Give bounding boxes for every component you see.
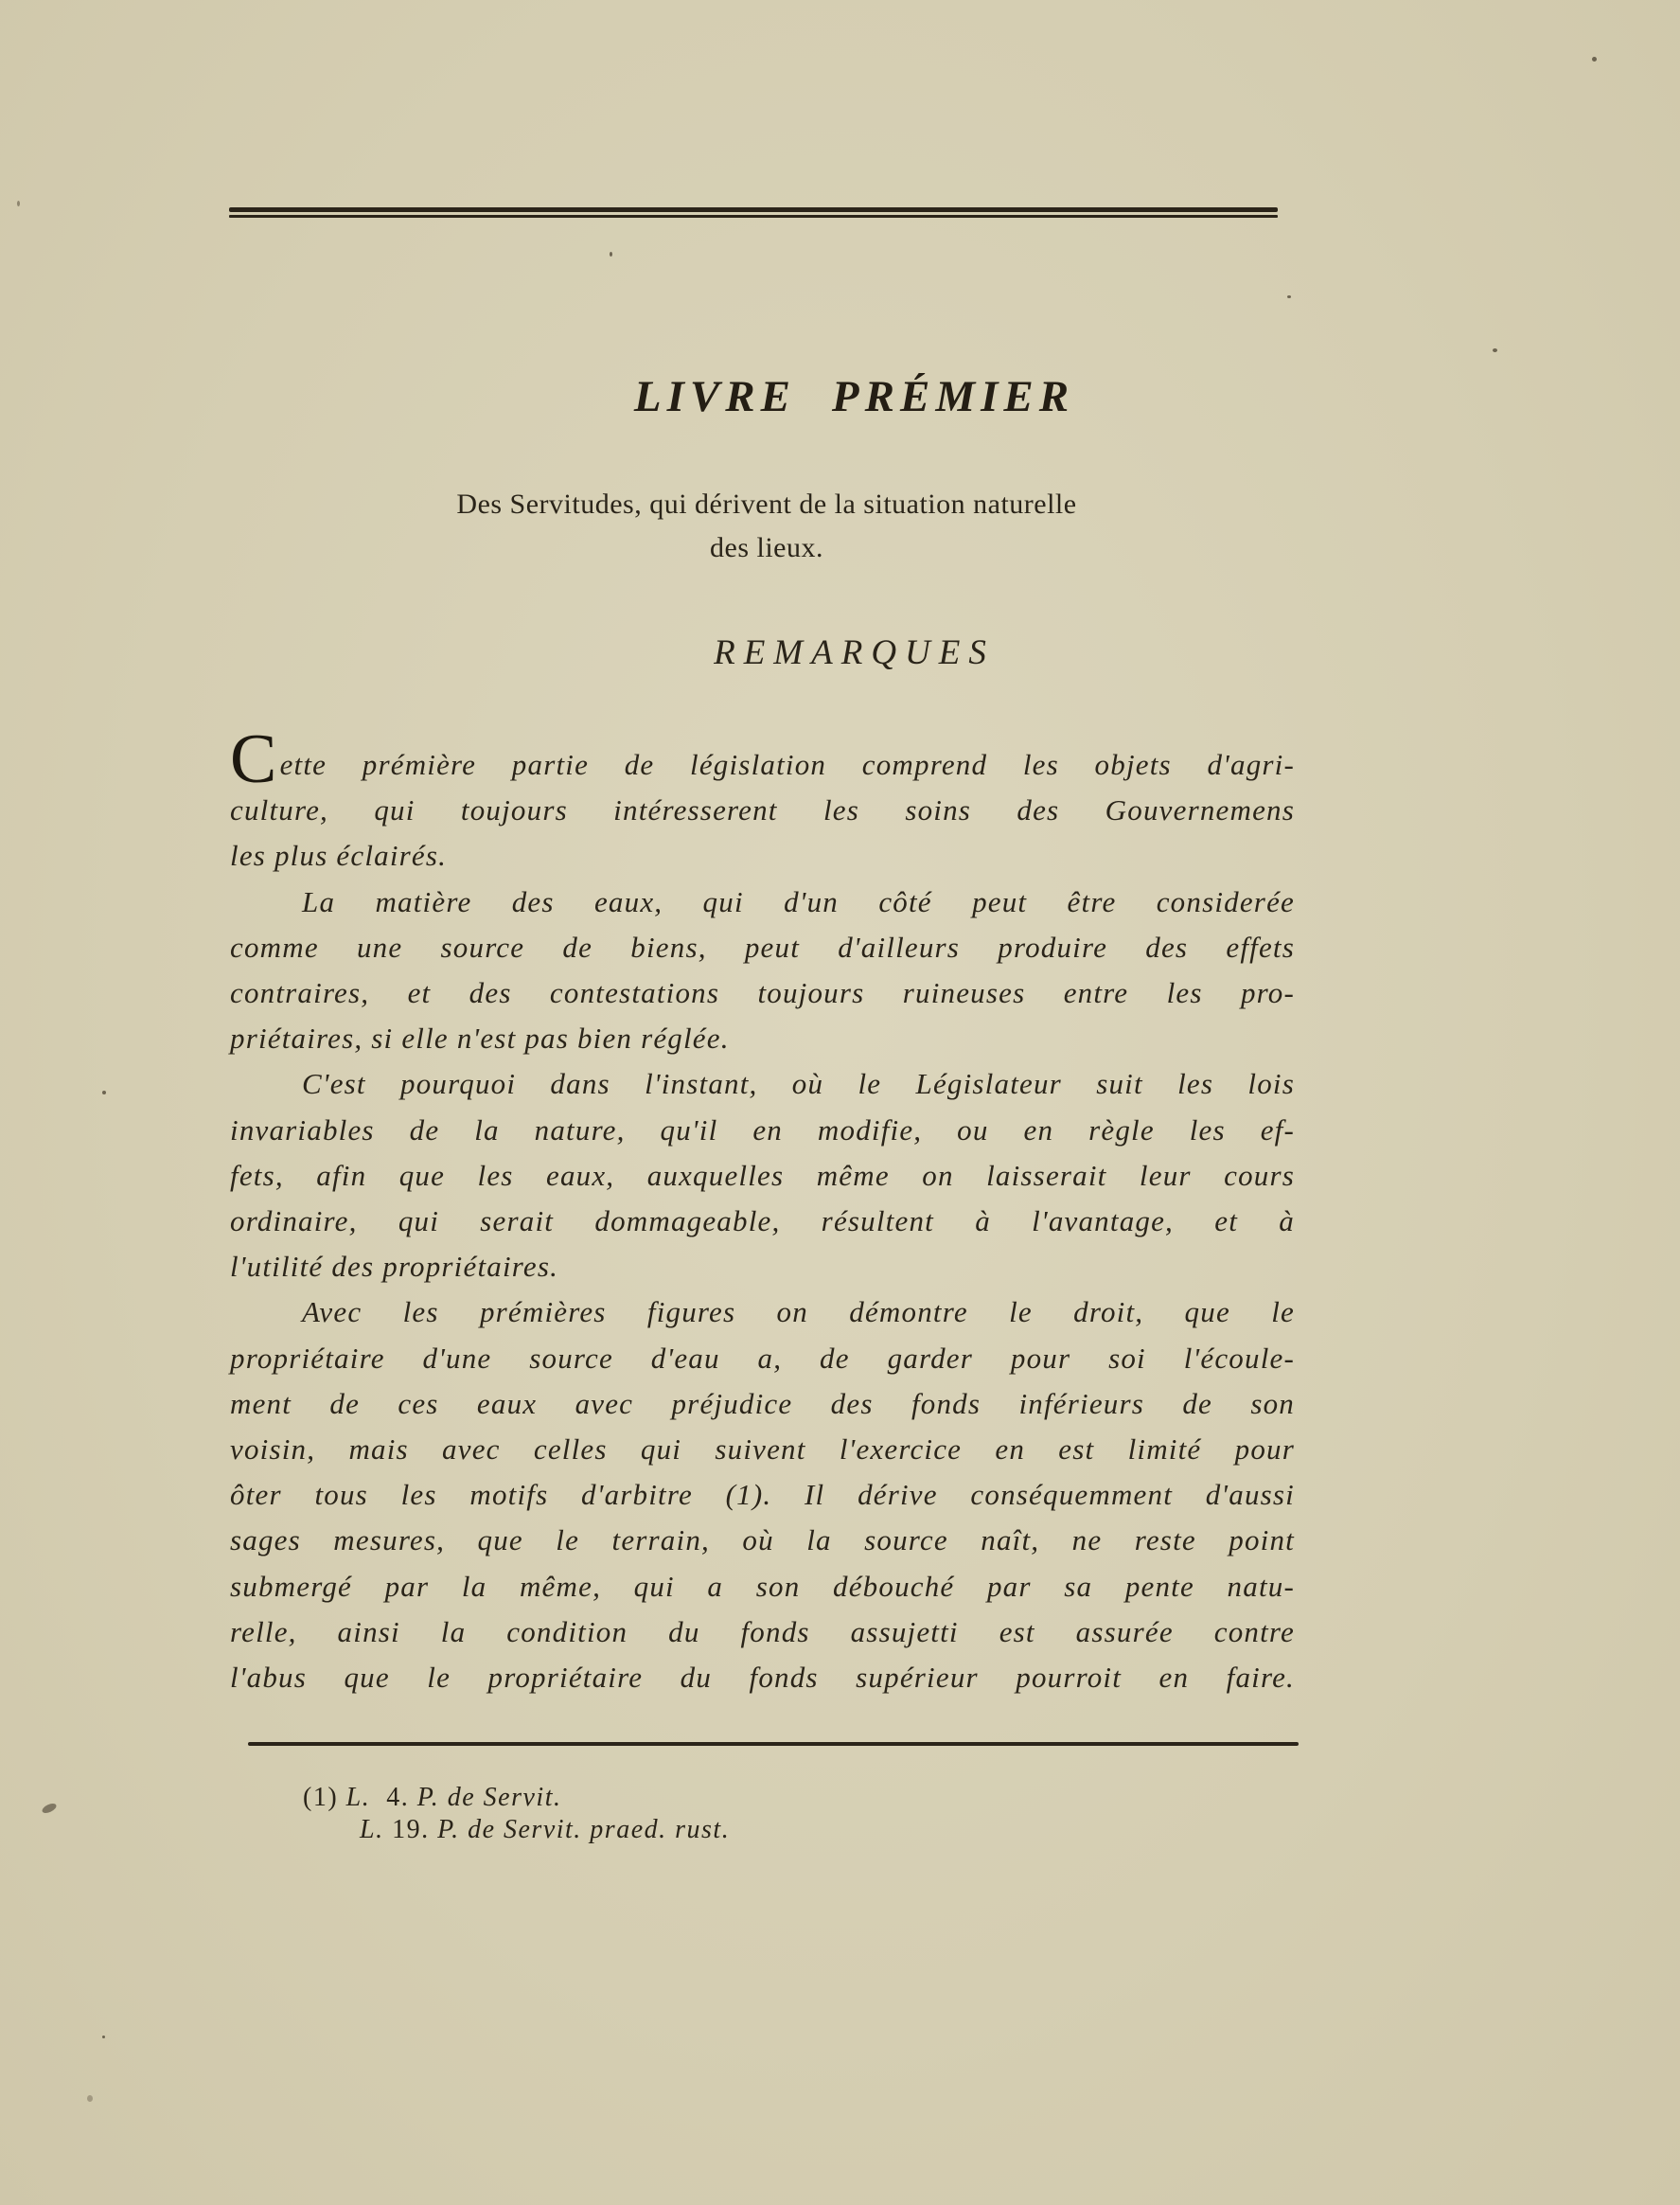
- text-line: Cette prémière partie de législation com…: [230, 740, 1295, 788]
- text-line: comme une source de biens, peut d'ailleu…: [230, 925, 1295, 970]
- body-text: Cette prémière partie de législation com…: [230, 740, 1295, 1700]
- text-line: submergé par la même, qui a son débouché…: [230, 1564, 1295, 1609]
- paper-speck: [102, 2036, 105, 2038]
- section-heading: REMARQUES: [0, 632, 1680, 673]
- text-line: relle, ainsi la condition du fonds assuj…: [230, 1609, 1295, 1655]
- text-line: ordinaire, qui serait dommageable, résul…: [230, 1199, 1295, 1244]
- drop-cap: C: [230, 740, 278, 778]
- text-line: l'utilité des propriétaires.: [230, 1244, 1295, 1289]
- paper-speck: [102, 1091, 106, 1094]
- text-line: propriétaire d'une source d'eau a, de ga…: [230, 1336, 1295, 1381]
- footnote-line-1: (1) L. 4. P. de Servit.: [303, 1782, 730, 1814]
- text-line: fets, afin que les eaux, auxquelles même…: [230, 1153, 1295, 1199]
- paper-speck: [610, 252, 612, 257]
- text-line: priétaires, si elle n'est pas bien réglé…: [230, 1016, 1295, 1061]
- text-line: sages mesures, que le terrain, où la sou…: [230, 1518, 1295, 1563]
- text-line: contraires, et des contestations toujour…: [230, 970, 1295, 1016]
- paper-speck: [1493, 348, 1497, 352]
- text-line: ment de ces eaux avec préjudice des fond…: [230, 1381, 1295, 1427]
- book-page: LIVREPRÉMIER Des Servitudes, qui dériven…: [0, 0, 1680, 2205]
- subtitle-line-1: Des Servitudes, qui dérivent de la situa…: [322, 483, 1211, 526]
- paper-speck: [1287, 295, 1291, 298]
- text-line: voisin, mais avec celles qui suivent l'e…: [230, 1427, 1295, 1472]
- text-line: Avec les prémières figures on démontre l…: [230, 1289, 1295, 1335]
- header-rule-thin: [229, 215, 1278, 218]
- header-double-rule: [229, 204, 1278, 220]
- paper-speck: [17, 201, 20, 206]
- book-subtitle: Des Servitudes, qui dérivent de la situa…: [322, 483, 1211, 570]
- text-line: invariables de la nature, qu'il en modif…: [230, 1108, 1295, 1153]
- paper-speck: [87, 2095, 93, 2102]
- text-line: culture, qui toujours intéresserent les …: [230, 788, 1295, 833]
- text-line: l'abus que le propriétaire du fonds supé…: [230, 1655, 1295, 1700]
- footnote: (1) L. 4. P. de Servit. L. 19. P. de Ser…: [303, 1782, 730, 1846]
- book-title: LIVREPRÉMIER: [0, 371, 1680, 422]
- header-rule-thick: [229, 207, 1278, 212]
- text-line: les plus éclairés.: [230, 833, 1295, 879]
- text-line: ôter tous les motifs d'arbitre (1). Il d…: [230, 1472, 1295, 1518]
- text-line: La matière des eaux, qui d'un côté peut …: [230, 880, 1295, 925]
- paper-speck: [41, 1802, 58, 1815]
- book-title-part1: LIVRE: [634, 372, 796, 421]
- book-title-part2: PRÉMIER: [832, 372, 1074, 421]
- text-line: C'est pourquoi dans l'instant, où le Lég…: [230, 1061, 1295, 1107]
- footnote-line-2: L. 19. P. de Servit. praed. rust.: [303, 1814, 730, 1846]
- footnote-marker: (1): [303, 1783, 338, 1812]
- paper-speck: [1592, 57, 1597, 62]
- footnote-rule: [248, 1742, 1299, 1746]
- subtitle-line-2: des lieux.: [322, 526, 1211, 570]
